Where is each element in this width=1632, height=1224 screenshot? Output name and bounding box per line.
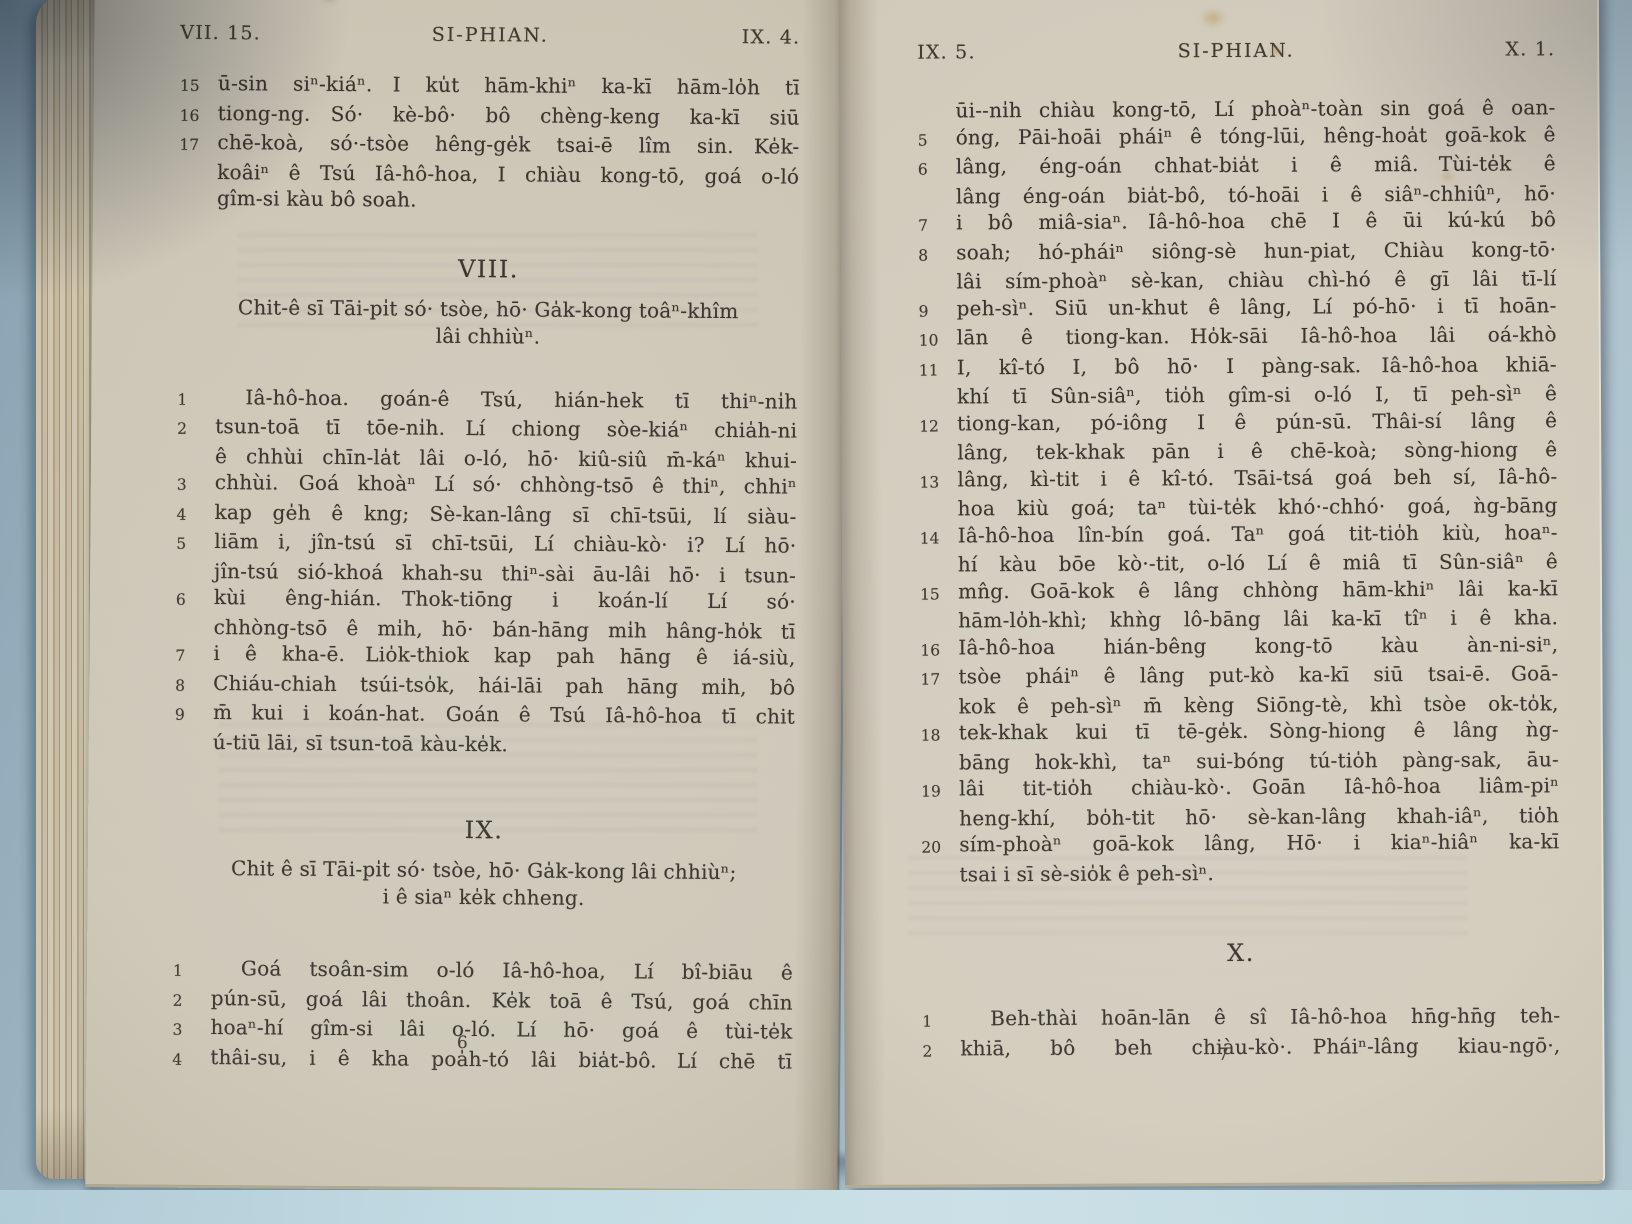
verse-line: 8soah; hó-pháiⁿ siông-sè hun-piat, Chiàu… xyxy=(918,236,1556,269)
verse-line-text: ūi--ni̍h chiàu kong-tō, Lí phoàⁿ-toàn si… xyxy=(955,94,1555,124)
verse-line: 16Iâ-hô-hoa hián-bêng kong-tō kàu àn-ni-… xyxy=(920,631,1558,664)
verse-line: 7i ê kha-ē. Lio̍k-thiok kap pah hāng ê i… xyxy=(175,640,795,674)
photo-of-open-book: { "colors": { "paper": "#d9d2c2", "table… xyxy=(0,0,1632,1224)
verse-line: khí tī Sûn-siâⁿ, tio̍h gîm-si o-ló I, tī… xyxy=(919,380,1557,410)
verse-number xyxy=(175,728,213,755)
verse-number: 16 xyxy=(920,634,958,664)
paper-stain xyxy=(1200,8,1226,28)
verse-number xyxy=(921,749,959,776)
paper-stain xyxy=(1268,44,1284,58)
verse-line: 1Iâ-hô-hoa. goán-ê Tsú, hián-hek tī thiⁿ… xyxy=(177,383,797,417)
verse-number xyxy=(918,183,956,210)
verse-line: lâng éng-oán bia̍t-bô, tó-hoāi i ê siâⁿ-… xyxy=(918,180,1556,210)
verse-number: 15 xyxy=(920,578,958,608)
verse-line: kok ê peh-sìⁿ m̄ kèng Siōng-tè, khì tsòe… xyxy=(921,690,1559,720)
verse-number: 4 xyxy=(176,498,214,528)
verse-block: 15ū-sin siⁿ-kiáⁿ. I ku̍t hām-khiⁿ ka-kī … xyxy=(179,70,800,216)
verse-line: 15mn̂g. Goā-kok ê lâng chhòng hām-khiⁿ l… xyxy=(920,575,1558,608)
verse-line-text: tiong-ng. Só· kè-bô· bô chèng-keng ka-kī… xyxy=(218,100,800,134)
verse-line: 2pún-sū, goá lâi thoân. Ke̍k toā ê Tsú, … xyxy=(173,984,793,1018)
verse-line-text: lâng, tek-khak pān i ê chē-koà; sòng-hio… xyxy=(957,436,1557,466)
verse-number xyxy=(920,607,958,634)
verse-line-text: peh-sìⁿ. Siū un-khut ê lâng, Lí pó-hō· i… xyxy=(956,292,1556,325)
verse-line: 15ū-sin siⁿ-kiáⁿ. I ku̍t hām-khiⁿ ka-kī … xyxy=(180,70,800,104)
table-surface xyxy=(0,1190,1632,1224)
page-number: 7 xyxy=(844,1040,1602,1070)
verse-number: 8 xyxy=(918,239,956,269)
verse-line-text: lâng éng-oán bia̍t-bô, tó-hoāi i ê siâⁿ-… xyxy=(956,180,1556,210)
paper-stain xyxy=(1440,170,1455,183)
verse-line-text: Iâ-hô-hoa hián-bêng kong-tō kàu àn-ni-si… xyxy=(958,631,1558,664)
verse-number: 8 xyxy=(175,669,213,699)
verse-number: 2 xyxy=(173,984,211,1014)
verse-number: 3 xyxy=(177,469,215,499)
verse-line-text: lâng, kì-tit i ê kî-tó. Tsāi-tsá goá beh… xyxy=(957,463,1557,496)
verse-line: 16tiong-ng. Só· kè-bô· bô chèng-keng ka-… xyxy=(180,99,800,133)
verse-line-text: lān ê tiong-kan. Ho̍k-sāi Iâ-hô-hoa lâi … xyxy=(957,321,1557,354)
verse-number: 19 xyxy=(921,775,959,805)
verse-line: gîm-si kàu bô soah. xyxy=(179,185,799,216)
verse-number: 14 xyxy=(920,522,958,552)
verse-line: 5liām i, jîn-tsú sī chī-tsūi, Lí chiàu-k… xyxy=(176,528,796,562)
verse-line: 17chē-koà, só·-tsòe hêng-ge̍k tsai-ē lîm… xyxy=(179,129,799,163)
verse-number: 7 xyxy=(175,640,213,670)
verse-line-text: bāng hok-khì, taⁿ sui-bóng tú-tio̍h pàng… xyxy=(959,746,1559,776)
verse-line-text: kok ê peh-sìⁿ m̄ kèng Siōng-tè, khì tsòe… xyxy=(959,690,1559,720)
verse-number: 5 xyxy=(918,124,956,154)
verse-line-text: mn̂g. Goā-kok ê lâng chhòng hām-khiⁿ lâi… xyxy=(958,575,1558,608)
verse-line-text: hí kàu bōe kò·-tit, o-ló Lí ê miâ tī Sûn… xyxy=(958,548,1558,578)
verse-line-text: i ê kha-ē. Lio̍k-thiok kap pah hāng ê iá… xyxy=(213,640,795,674)
verse-number: 2 xyxy=(177,413,215,443)
verse-number xyxy=(920,495,958,522)
verse-number xyxy=(921,805,959,832)
verse-line-text: lâng, éng-oán chhat-bia̍t i ê miâ. Tùi-t… xyxy=(956,150,1556,183)
right-page: IX. 5. SI-PHIAN. X. 1. ūi--ni̍h chiàu ko… xyxy=(839,0,1605,1188)
verse-number: 7 xyxy=(918,209,956,239)
left-page-text: 15ū-sin siⁿ-kiáⁿ. I ku̍t hām-khiⁿ ka-kī … xyxy=(172,70,800,1078)
verse-line: hí kàu bōe kò·-tit, o-ló Lí ê miâ tī Sûn… xyxy=(920,548,1558,578)
verse-line: 11I, kî-tó I, bô hō· I pàng-sak. Iâ-hô-h… xyxy=(919,351,1557,384)
verse-number: 18 xyxy=(921,719,959,749)
running-head: IX. 5. SI-PHIAN. X. 1. xyxy=(917,38,1555,63)
verse-number: 12 xyxy=(919,410,957,440)
verse-line: 12tiong-kan, pó-iông I ê pún-sū. Thâi-sí… xyxy=(919,407,1557,440)
verse-line: 9peh-sìⁿ. Siū un-khut ê lâng, Lí pó-hō· … xyxy=(918,292,1556,325)
verse-number: 5 xyxy=(176,528,214,558)
verse-number: 6 xyxy=(918,153,956,183)
verse-line: 4kap ge̍h ê kng; Sè-kan-lâng sī chī-tsūi… xyxy=(176,498,796,532)
verse-line-text: kap ge̍h ê kng; Sè-kan-lâng sī chī-tsūi,… xyxy=(214,499,796,533)
verse-line-text: pún-sū, goá lâi thoân. Ke̍k toā ê Tsú, g… xyxy=(211,985,793,1019)
psalm-subtitle: Chit ê sī Tāi-pi̍t só· tsòe, hō· Ga̍k-ko… xyxy=(173,855,793,914)
verse-line: 1Goá tsoân-sim o-ló Iâ-hô-hoa, Lí bî-biā… xyxy=(173,955,793,989)
verse-line: lâng, tek-khak pān i ê chē-koà; sòng-hio… xyxy=(919,436,1557,466)
verse-number: 17 xyxy=(179,129,217,159)
verse-line-text: heng-khí, bo̍h-tit hō· sè-kan-lâng khah-… xyxy=(959,802,1559,832)
verse-line-text: I, kî-tó I, bô hō· I pàng-sak. Iâ-hô-hoa… xyxy=(957,351,1557,384)
verse-block: ūi--ni̍h chiàu kong-tō, Lí phoàⁿ-toàn si… xyxy=(917,94,1559,887)
verse-line: heng-khí, bo̍h-tit hō· sè-kan-lâng khah-… xyxy=(921,802,1559,832)
verse-line-text: i bô miâ-siaⁿ. Iâ-hô-hoa chē I ê ūi kú-k… xyxy=(956,206,1556,239)
verse-line-text: gîm-si kàu bô soah. xyxy=(217,185,799,216)
verse-number xyxy=(917,97,955,124)
verse-number: 15 xyxy=(180,70,218,100)
verse-number xyxy=(919,383,957,410)
verse-line-text: kùi êng-hián. Thok-tiōng i koán-lí Lí só… xyxy=(214,584,796,618)
verse-line-text: lâi tit-tio̍h chiàu-kò·. Goān Iâ-hô-hoa … xyxy=(959,772,1559,805)
verse-line: 3chhùi. Goá khoàⁿ Lí só· chhòng-tsō ê th… xyxy=(177,469,797,503)
verse-line: 19lâi tit-tio̍h chiàu-kò·. Goān Iâ-hô-ho… xyxy=(921,772,1559,805)
verse-number xyxy=(177,442,215,469)
verse-number: 11 xyxy=(919,354,957,384)
verse-line: hoa kiù goá; taⁿ tùi-te̍k khó·-chhó· goá… xyxy=(920,492,1558,522)
verse-line-text: liām i, jîn-tsú sī chī-tsūi, Lí chiàu-kò… xyxy=(214,528,796,562)
verse-number: 1 xyxy=(922,1005,960,1035)
verse-line-text: tsun-toā tī tōe-ni̍h. Lí chiong sòe-kiáⁿ… xyxy=(215,413,797,447)
running-head-title: SI-PHIAN. xyxy=(180,22,800,49)
open-book: VII. 15. SI-PHIAN. IX. 4. 15ū-sin siⁿ-ki… xyxy=(28,0,1596,1212)
verse-line: 17tsòe pháiⁿ ê lâng put-kò ka-kī siū tsa… xyxy=(920,660,1558,693)
left-page: VII. 15. SI-PHIAN. IX. 4. 15ū-sin siⁿ-ki… xyxy=(85,0,846,1193)
verse-line-text: soah; hó-pháiⁿ siông-sè hun-piat, Chiàu … xyxy=(956,236,1556,269)
verse-number xyxy=(179,185,217,212)
verse-line-text: Beh-thài hoān-lān ê sî Iâ-hô-hoa hn̄g-hn… xyxy=(960,1002,1560,1035)
verse-number: 16 xyxy=(180,99,218,129)
verse-line-text: tek-khak kui tī tē-ge̍k. Sòng-hiong ê lâ… xyxy=(959,716,1559,749)
verse-line: ūi--ni̍h chiàu kong-tō, Lí phoàⁿ-toàn si… xyxy=(917,94,1555,124)
verse-number: 9 xyxy=(175,699,213,729)
verse-line: 6kùi êng-hián. Thok-tiōng i koán-lí Lí s… xyxy=(176,584,796,618)
verse-line-text: tiong-kan, pó-iông I ê pún-sū. Thâi-sí l… xyxy=(957,407,1557,440)
verse-line: lâi sím-phoàⁿ sè-kan, chiàu chì-hó ê gī … xyxy=(918,265,1556,295)
verse-number: 9 xyxy=(918,295,956,325)
verse-line: 5óng, Pāi-hoāi pháiⁿ ê tóng-lūi, hêng-ho… xyxy=(918,121,1556,154)
verse-line-text: lâi sím-phoàⁿ sè-kan, chiàu chì-hó ê gī … xyxy=(956,265,1556,295)
verse-line-text: chhùi. Goá khoàⁿ Lí só· chhòng-tsō ê thi… xyxy=(215,469,797,503)
verse-line-text: hām-lo̍h-khì; khǹg lô-bāng lâi ka-kī tîⁿ… xyxy=(958,604,1558,634)
verse-number xyxy=(918,268,956,295)
verse-line-text: khí tī Sûn-siâⁿ, tio̍h gîm-si o-ló I, tī… xyxy=(957,380,1557,410)
verse-line: 1Beh-thài hoān-lān ê sî Iâ-hô-hoa hn̄g-h… xyxy=(922,1002,1560,1035)
verse-number xyxy=(176,613,214,640)
running-head: VII. 15. SI-PHIAN. IX. 4. xyxy=(180,22,800,49)
show-through-print xyxy=(218,723,758,838)
verse-number: 17 xyxy=(920,663,958,693)
verse-line-text: Chiáu-chiah tsúi-tso̍k, hái-lāi pah hāng… xyxy=(213,670,795,704)
verse-number xyxy=(176,557,214,584)
show-through-print xyxy=(908,856,1468,946)
psalm-subtitle-line: Chit ê sī Tāi-pi̍t só· tsòe, hō· Ga̍k-ko… xyxy=(174,855,794,887)
verse-line: hām-lo̍h-khì; khǹg lô-bāng lâi ka-kī tîⁿ… xyxy=(920,604,1558,634)
verse-line: 14Iâ-hô-hoa lîn-bín goá. Taⁿ goá tit-tio… xyxy=(920,519,1558,552)
verse-number: 1 xyxy=(173,955,211,985)
verse-number xyxy=(919,439,957,466)
verse-line-text: Goá tsoân-sim o-ló Iâ-hô-hoa, Lí bî-biāu… xyxy=(211,955,793,989)
verse-block: 1Goá tsoân-sim o-ló Iâ-hô-hoa, Lí bî-biā… xyxy=(172,955,793,1078)
verse-number: 13 xyxy=(919,466,957,496)
verse-line: 8Chiáu-chiah tsúi-tso̍k, hái-lāi pah hān… xyxy=(175,669,795,703)
verse-number: 10 xyxy=(919,324,957,354)
verse-number xyxy=(921,693,959,720)
verse-number xyxy=(179,158,217,185)
verse-line: 13lâng, kì-tit i ê kî-tó. Tsāi-tsá goá b… xyxy=(919,463,1557,496)
verse-number: 6 xyxy=(176,584,214,614)
psalm-subtitle-line: i ê siaⁿ ke̍k chheng. xyxy=(173,882,793,914)
verse-line-text: chē-koà, só·-tsòe hêng-ge̍k tsai-ē lîm s… xyxy=(217,129,799,163)
verse-number: 1 xyxy=(177,383,215,413)
verse-line: 10lān ê tiong-kan. Ho̍k-sāi Iâ-hô-hoa lâ… xyxy=(919,321,1557,354)
verse-block: 1Iâ-hô-hoa. goán-ê Tsú, hián-hek tī thiⁿ… xyxy=(175,383,798,759)
verse-line: 6lâng, éng-oán chhat-bia̍t i ê miâ. Tùi-… xyxy=(918,150,1556,183)
verse-line: 18tek-khak kui tī tē-ge̍k. Sòng-hiong ê … xyxy=(921,716,1559,749)
verse-line: 7i bô miâ-siaⁿ. Iâ-hô-hoa chē I ê ūi kú-… xyxy=(918,206,1556,239)
verse-line-text: ū-sin siⁿ-kiáⁿ. I ku̍t hām-khiⁿ ka-kī hā… xyxy=(218,70,800,104)
verse-line: bāng hok-khì, taⁿ sui-bóng tú-tio̍h pàng… xyxy=(921,746,1559,776)
verse-line-text: óng, Pāi-hoāi pháiⁿ ê tóng-lūi, hêng-hoa… xyxy=(956,121,1556,154)
verse-line-text: Iâ-hô-hoa lîn-bín goá. Taⁿ goá tit-tio̍h… xyxy=(958,519,1558,552)
verse-line-text: Iâ-hô-hoa. goán-ê Tsú, hián-hek tī thiⁿ-… xyxy=(215,384,797,418)
verse-line-text: tsòe pháiⁿ ê lâng put-kò ka-kī siū tsai-… xyxy=(958,660,1558,693)
verse-number xyxy=(920,551,958,578)
running-head-title: SI-PHIAN. xyxy=(917,38,1555,63)
verse-line: 2tsun-toā tī tōe-ni̍h. Lí chiong sòe-kiá… xyxy=(177,413,797,447)
verse-line-text: hoa kiù goá; taⁿ tùi-te̍k khó·-chhó· goá… xyxy=(958,492,1558,522)
show-through-print xyxy=(238,233,758,328)
